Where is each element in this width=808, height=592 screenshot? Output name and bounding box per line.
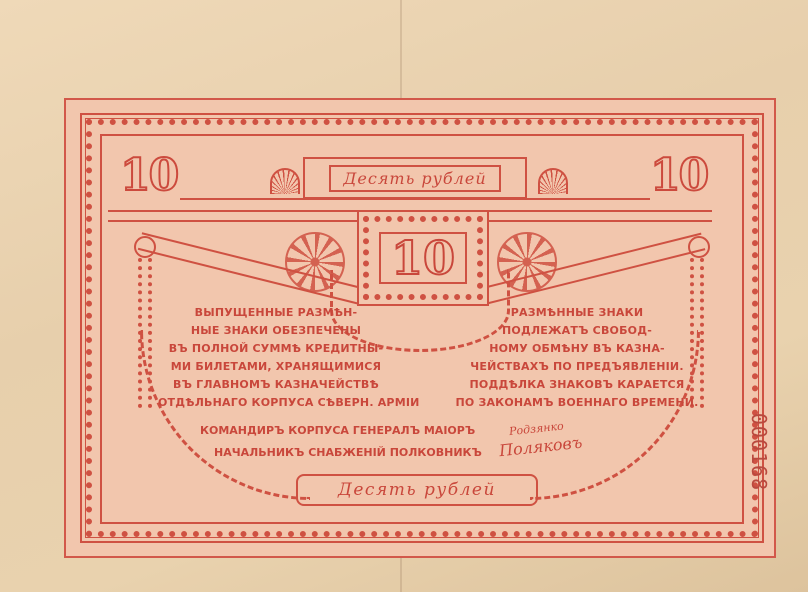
right-text-block: Размѣнные знаки подлежатъ свобод- ному о… [446,304,708,412]
serial-number: 000168 [747,413,771,491]
fan-ornament-left-icon [270,168,300,194]
signatory-titles: Командиръ Корпуса Генералъ Маіоръ Началь… [200,420,482,464]
scroll-left-icon [134,236,156,258]
right-text-line: Поддѣлка знаковъ карается [446,376,708,394]
corner-numeral-left: 10 [120,150,177,201]
right-text-line: по законамъ военнаго времени. [446,394,708,412]
right-text-line: чействахъ по предъявленіи. [446,358,708,376]
bottom-title: Десять рублей [338,480,496,500]
top-title-panel: Десять рублей [303,157,527,199]
left-text-line: ные знаки обезпечены [158,322,394,340]
corner-numeral-right: 10 [650,150,707,201]
scroll-right-icon [688,236,710,258]
left-text-line: въ полной суммѣ кредитны- [158,340,394,358]
bottom-title-ribbon: Десять рублей [296,474,538,506]
top-title: Десять рублей [329,165,500,192]
left-text-line: Отдѣльнаго Корпуса Сѣверн. Арміи [158,394,394,412]
signatory-line-1: Командиръ Корпуса Генералъ Маіоръ [200,420,482,442]
right-text-line: подлежатъ свобод- [446,322,708,340]
right-text-line: ному обмѣну въ Казна- [446,340,708,358]
right-text-line: Размѣнные знаки [446,304,708,322]
left-text-block: Выпущенные размѣн- ные знаки обезпечены … [158,304,394,412]
signatory-line-2: Начальникъ Снабженій Полковникъ [200,442,482,464]
left-text-line: Выпущенные размѣн- [158,304,394,322]
left-text-line: ми билетами, хранящимися [158,358,394,376]
left-text-line: въ Главномъ Казначействѣ [158,376,394,394]
fan-ornament-right-icon [538,168,568,194]
